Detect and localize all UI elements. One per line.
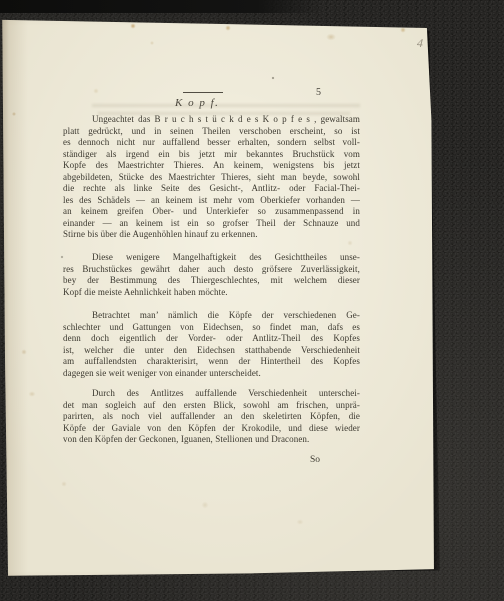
foxing-stains — [0, 0, 504, 601]
text-line: les des Schädels — an keinem ist mehr vo… — [63, 195, 360, 207]
text-line: schlechter und Gattungen von Eidechsen, … — [63, 322, 360, 334]
text-line: am auffallendsten charakterisirt, wenn d… — [63, 356, 360, 368]
text-line: Ungeachtet das B r u c h s t ü c k d e s… — [63, 114, 360, 126]
text-line: det man sogleich auf den ersten Blick, s… — [63, 400, 360, 412]
text-line: denn doch eigentlich der Vorder- oder An… — [63, 333, 360, 345]
text-line: Stirne bis über die Augenhöhlen hinauf z… — [63, 229, 360, 241]
text-line: ist, welcher die unter den Eidechsen sta… — [63, 345, 360, 357]
text-line: dagegen sie weit weniger von einander un… — [63, 368, 360, 380]
text-line: Kopf die meiste Aehnlichkeit haben möcht… — [63, 287, 360, 299]
text-line: Durch des Antlitzes auffallende Verschie… — [63, 388, 360, 400]
paragraph-1: Ungeachtet das B r u c h s t ü c k d e s… — [63, 114, 360, 241]
section-rule — [183, 92, 223, 93]
text-line: Kopfe des Maestrichter Thieres. An keine… — [63, 160, 360, 172]
text-line: res Bruchstückes gewährt daher auch dest… — [63, 264, 360, 276]
book-page: 4 5 K o p f. Ungeachtet das B r u c h s … — [0, 0, 504, 601]
text-line: Betrachtet man’ nämlich die Köpfe der ve… — [63, 310, 360, 322]
book-board-edge — [0, 0, 322, 13]
text-line: von den Köpfen der Geckonen, Iguanen, St… — [63, 434, 360, 446]
paragraph-3: Betrachtet man’ nämlich die Köpfe der ve… — [63, 310, 360, 379]
catchword: So — [310, 455, 320, 465]
text-line: einander — an keinem ist ein so grofser … — [63, 218, 360, 230]
text-line: Diese wenigere Mangelhaftigkeit des Gesi… — [63, 252, 360, 264]
handwritten-folio-number: 4 — [416, 36, 423, 51]
text-line: platt gedrückt, und in seinen Theilen ve… — [63, 126, 360, 138]
text-line: die rechte als linke Seite des Gesicht-,… — [63, 183, 360, 195]
text-line: es dennoch nicht nur auffallend besser e… — [63, 137, 360, 149]
text-line: parirten, als noch viel auffallender an … — [63, 411, 360, 423]
paragraph-4: Durch des Antlitzes auffallende Verschie… — [63, 388, 360, 446]
page-number: 5 — [316, 87, 321, 98]
verso-showthrough — [92, 104, 360, 107]
section-heading: K o p f. — [175, 97, 219, 109]
book-photo: 4 5 K o p f. Ungeachtet das B r u c h s … — [0, 0, 504, 601]
text-line: an keinem greifen Ober- und Unterkiefer … — [63, 206, 360, 218]
text-line: abgebildeten, Stücke des Maestrichter Th… — [63, 172, 360, 184]
text-line: Köpfe der Gaviale von den Köpfen der Kro… — [63, 423, 360, 435]
paragraph-2: Diese wenigere Mangelhaftigkeit des Gesi… — [63, 252, 360, 298]
text-line: ständiger als irgend ein bis jetzt mir b… — [63, 149, 360, 161]
text-line: bey der Bestimmung des Thiergeschlechtes… — [63, 275, 360, 287]
